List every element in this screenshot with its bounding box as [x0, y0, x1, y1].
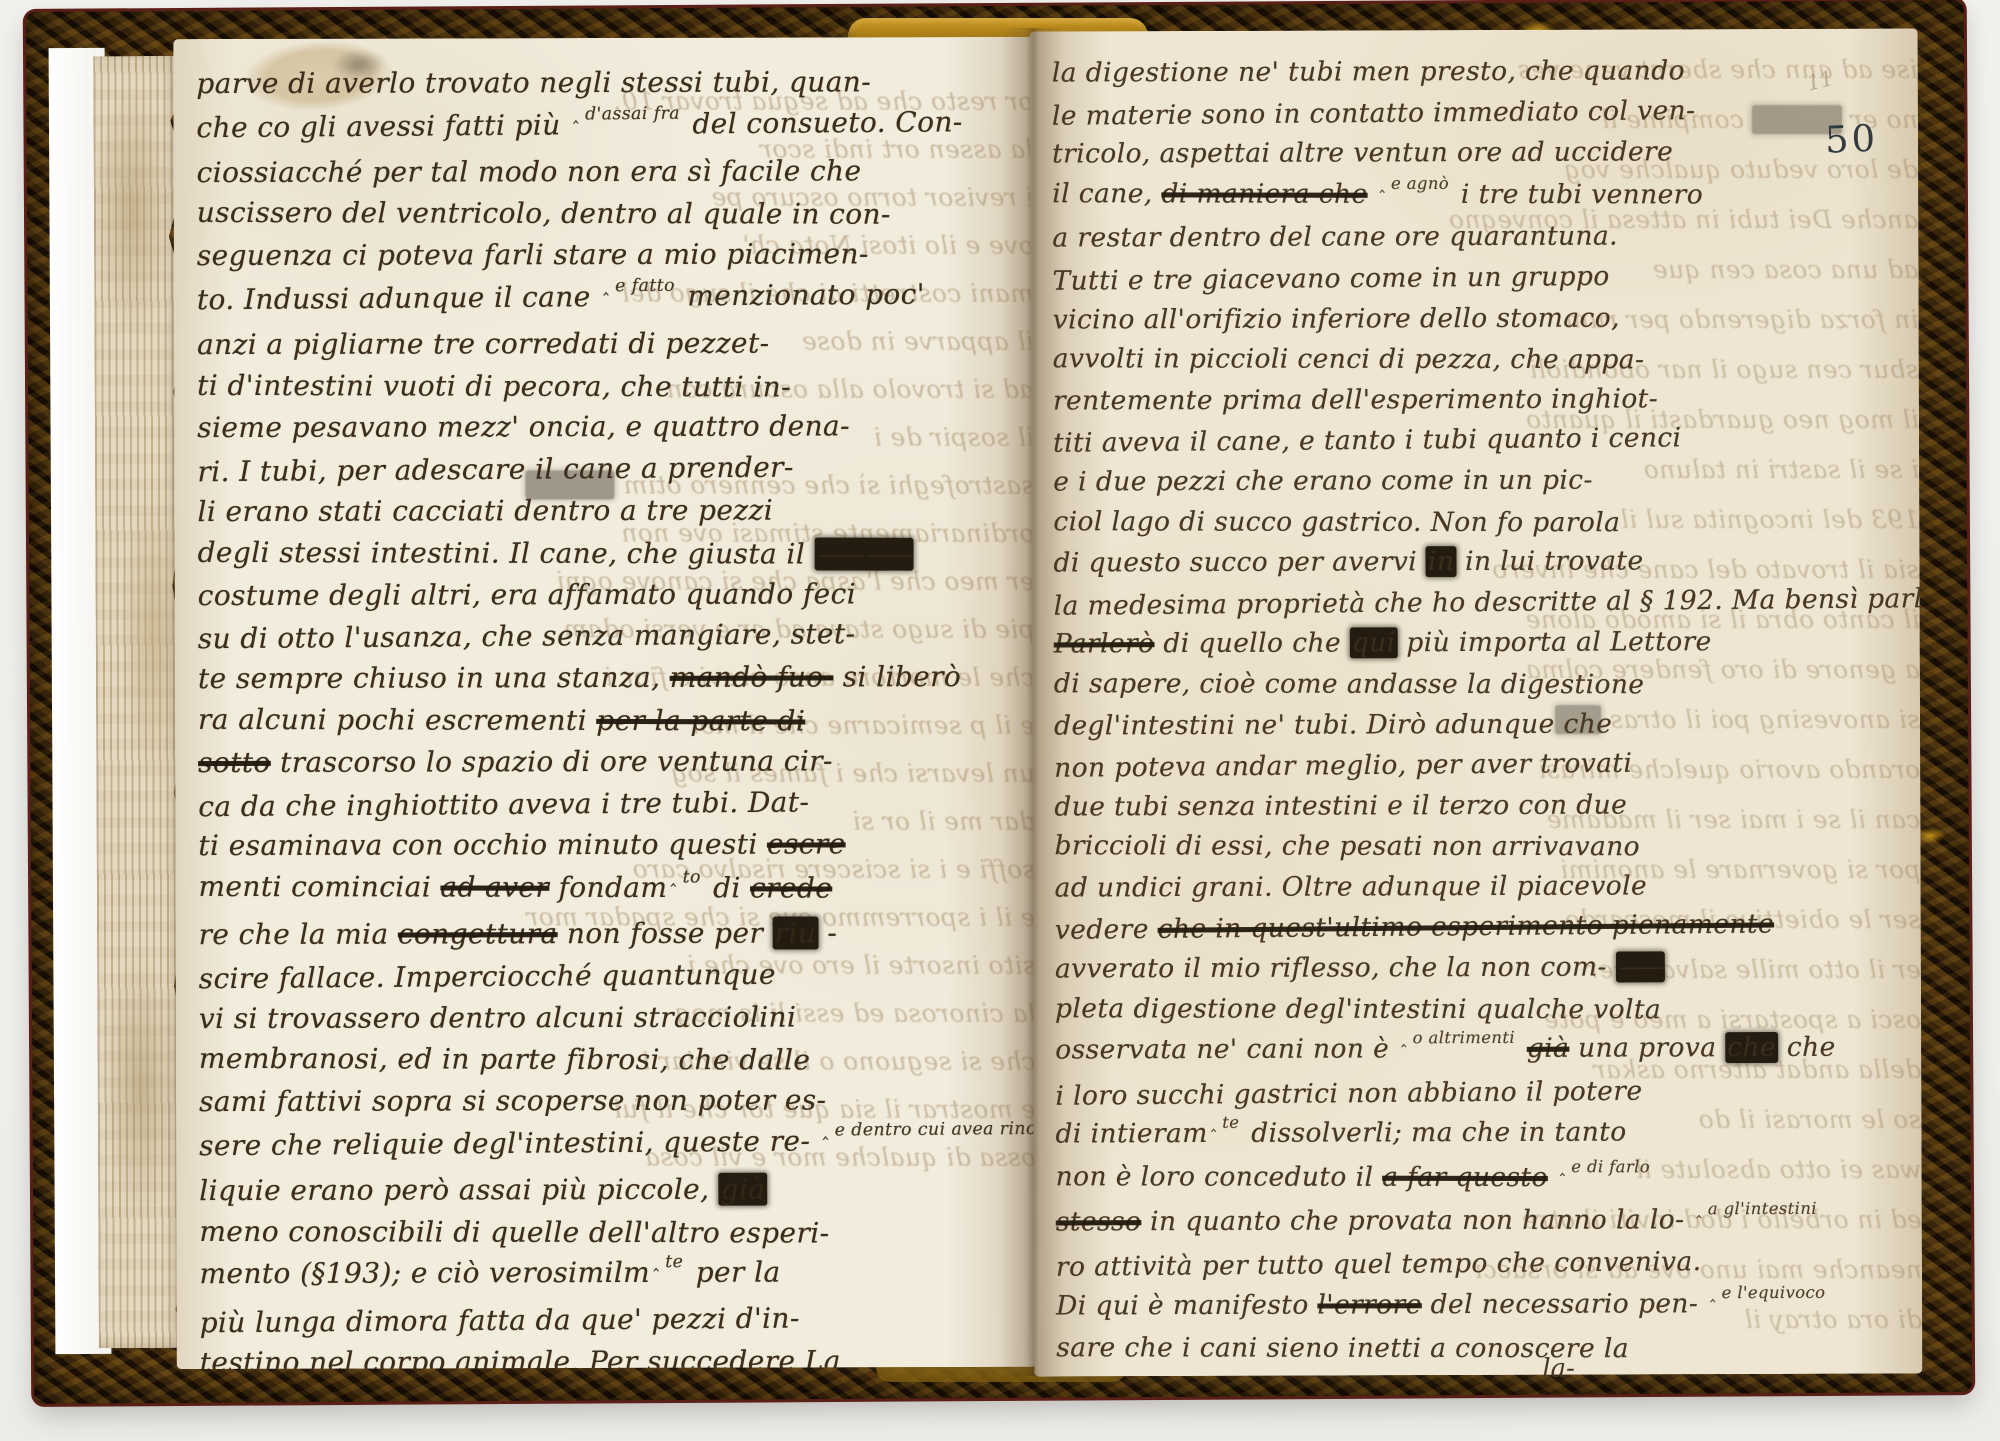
manuscript-line: più lunga dimora fatta da que' pezzi d'i… [199, 1296, 1036, 1344]
manuscript-line: vedere che in quest'ultimo esperimento p… [1055, 904, 1921, 952]
manuscript-line: sotto trascorso lo spazio di ore ventuna… [198, 740, 1035, 784]
ink-blot: ⸺ [1616, 951, 1665, 982]
manuscript-line: ra alcuni pochi escrementi per la parte … [198, 699, 1035, 743]
strikethrough-text: a far questo [1382, 1162, 1548, 1193]
manuscript-line: Tutti e tre giacevano come in un gruppo [1052, 254, 1918, 302]
page-number: 50 [1824, 120, 1878, 159]
strikethrough-text: congettura [398, 917, 558, 950]
manuscript-line: il cane, di maniera che e agnò i tre tub… [1052, 174, 1918, 219]
manuscript-line: li erano stati cacciati dentro a tre pez… [197, 489, 1034, 533]
manuscript-line: avvolti in piccioli cenci di pezza, che … [1053, 339, 1919, 381]
manuscript-line: la digestione ne' tubi men presto, che q… [1052, 50, 1918, 94]
manuscript-line: i loro succhi gastrici non abbiano il po… [1055, 1069, 1921, 1117]
manuscript-line: e i due pezzi che erano come in un pic- [1053, 459, 1919, 503]
manuscript-line: due tubi senza intestini e il terzo con … [1054, 784, 1920, 828]
manuscript-line: menti cominciai ad aver fondamto di cred… [198, 866, 1035, 915]
handwriting-layer: parve di averlo trovato negli stessi tub… [173, 37, 1036, 1369]
manuscript-line: di intieramte dissolverli; ma che in tan… [1055, 1112, 1921, 1159]
strikethrough-text: sotto [198, 746, 271, 779]
ink-blot: ⸺⸺ [814, 537, 914, 570]
manuscript-line: testino nel corpo animale. Per succedere… [200, 1340, 1037, 1369]
manuscript-line: uscissero del ventricolo, dentro al qual… [197, 192, 1034, 236]
manuscript-line: ad undici grani. Oltre adunque il piacev… [1055, 865, 1921, 909]
manuscript-line: ti esaminava con occhio minuto questi es… [198, 823, 1035, 867]
strikethrough-text: stesso [1056, 1206, 1142, 1237]
manuscript-line: costume degli altri, era affamato quando… [198, 572, 1035, 616]
manuscript-line: stesso in quanto che provata non hanno l… [1056, 1199, 1922, 1246]
interlinear-insertion: e l'equivoco [1710, 1273, 1826, 1314]
manuscript-line: titi aveva il cane, e tanto i tubi quant… [1053, 417, 1919, 465]
manuscript-line: scire fallace. Imperciocché quantunque [199, 951, 1036, 999]
manuscript-line: sare che i cani sieno inetti a conoscere… [1056, 1329, 1922, 1371]
strikethrough-text: già [1527, 1033, 1570, 1064]
manuscript-line: meno conoscibili di quelle dell'altro es… [199, 1210, 1036, 1254]
interlinear-insertion: d'assai fra [573, 94, 680, 137]
ink-blot: riu [772, 916, 818, 949]
manuscript-line: Parlerò di quello che qui più importa al… [1054, 622, 1920, 666]
manuscript-line: re che la mia congettura non fosse per r… [199, 912, 1036, 956]
ink-blot: in [1426, 546, 1456, 577]
ink-blot: che [1725, 1032, 1778, 1063]
manuscript-line: mento (§193); e ciò verosimilmte per la [199, 1251, 1036, 1300]
manuscript-line: di questo succo per avervi in in lui tro… [1053, 541, 1919, 585]
strikethrough-text: mandò fuo- [670, 661, 834, 694]
right-page: ise ad ann che sberat vene vesno er ⸺⸺ c… [1030, 28, 1923, 1376]
manuscript-line: la medesima proprietà che ho descritte a… [1053, 579, 1919, 627]
interlinear-insertion: e di farlo [1560, 1147, 1650, 1188]
manuscript-line: te sempre chiuso in una stanza, mandò fu… [198, 656, 1035, 700]
ink-blot: qui [1350, 628, 1398, 659]
strikethrough-text: crede [750, 871, 832, 904]
manuscript-line: ri. I tubi, per adescare il cane a prend… [197, 445, 1034, 493]
manuscript-line: to. Indussi adunque il cane e fatto menz… [197, 273, 1034, 326]
strikethrough-text: Parlerò [1054, 628, 1155, 659]
interlinear-insertion: te [1211, 1103, 1240, 1144]
interlinear-insertion: e dentro cui avea rinchiusi i tubi, [822, 1108, 1036, 1152]
interlinear-insertion: a gl'intestini [1696, 1188, 1817, 1229]
manuscript-line: avverato il mio riflesso, che la non com… [1055, 947, 1921, 991]
manuscript-line: ti d'intestini vuoti di pecora, che tutt… [197, 364, 1034, 408]
manuscript-line: liquie erano però assai più piccole, già [199, 1168, 1036, 1212]
manuscript-line: osservata ne' cani non è o altrimenti gi… [1055, 1028, 1921, 1075]
manuscript-line: sieme pesavano mezz' oncia, e quattro de… [197, 405, 1034, 449]
manuscript-line: anzi a pigliarne tre corredati di pezzet… [197, 322, 1034, 366]
manuscript-line: ciol lago di succo gastrico. Non fo paro… [1053, 502, 1919, 544]
manuscript-line: che co gli avessi fatti più d'assai fra … [196, 100, 1033, 153]
strikethrough-text: l'errore [1317, 1289, 1421, 1320]
handwriting-layer: la digestione ne' tubi men presto, che q… [1030, 28, 1923, 1376]
catchword: la- [1542, 1356, 1575, 1382]
manuscript-line: a restar dentro del cane ore quarantuna. [1052, 216, 1918, 260]
ink-blot: già [719, 1172, 768, 1205]
left-page: or resto che ad segua trovar 10.la assen… [173, 37, 1036, 1369]
manuscript-line: di sapere, cioè come andasse la digestio… [1054, 664, 1920, 706]
interlinear-insertion: to [670, 857, 701, 899]
manuscript-line: ca da che inghiottito aveva i tre tubi. … [198, 779, 1035, 827]
manuscript-line: Di qui è manifesto l'errore del necessar… [1056, 1283, 1922, 1330]
interlinear-insertion: e fatto [603, 266, 675, 308]
manuscript-line: degl'intestini ne' tubi. Dirò adunque ch… [1054, 703, 1920, 747]
strikethrough-text: escre [767, 828, 846, 861]
interlinear-insertion: e agnò [1379, 164, 1449, 205]
manuscript-line: ciossiacché per tal modo non era sì faci… [197, 149, 1034, 193]
photograph-backdrop: or resto che ad segua trovar 10.la assen… [0, 0, 2000, 1441]
manuscript-line: vicino all'orifizio inferiore dello stom… [1053, 297, 1919, 341]
manuscript-line: su di otto l'usanza, che senza mangiare,… [198, 612, 1035, 660]
manuscript-line: degli stessi intestini. Il cane, che giu… [198, 532, 1035, 576]
manuscript-line: tricolo, aspettai altre ventun ore ad uc… [1052, 132, 1918, 176]
interlinear-insertion: te [653, 1242, 683, 1284]
strikethrough-text: che in quest'ultimo esperimento pienamen… [1158, 909, 1775, 945]
manuscript-line: vi si trovassero dentro alcuni stracciol… [199, 995, 1036, 1039]
strikethrough-text: per la parte di [596, 704, 805, 738]
manuscript-line: rentemente prima dell'esperimento inghio… [1053, 378, 1919, 422]
manuscript-line: non poteva andar meglio, per aver trovat… [1054, 741, 1920, 789]
strikethrough-text: di maniera che [1161, 178, 1367, 209]
manuscript-line: membranosi, ed in parte fibrosi, che dal… [199, 1038, 1036, 1082]
manuscript-line: briccioli di essi, che pesati non arriva… [1054, 826, 1920, 868]
manuscript-line: le materie sono in contatto immediato co… [1052, 89, 1918, 137]
manuscript-line: sere che reliquie degl'intestini, queste… [199, 1119, 1036, 1172]
interlinear-insertion: o altrimenti [1401, 1018, 1515, 1059]
strikethrough-text: ad aver [440, 871, 549, 904]
